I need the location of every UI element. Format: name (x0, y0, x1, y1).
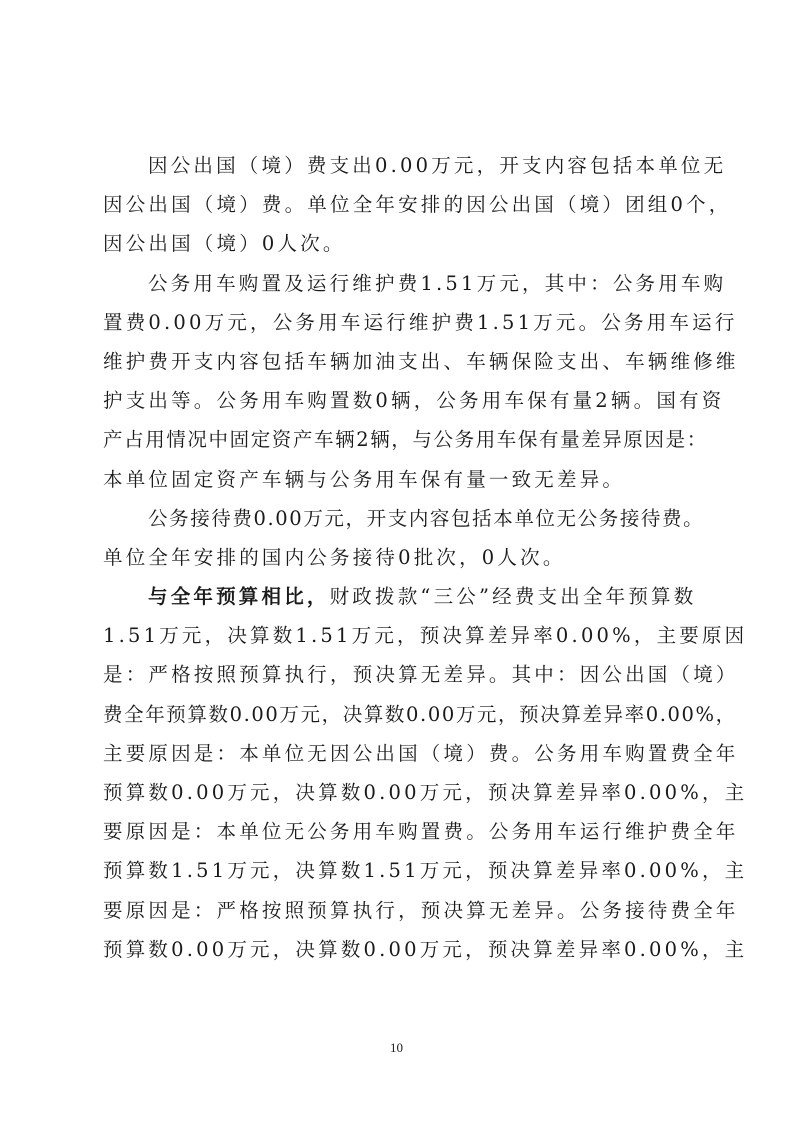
text-line: 预算数0.00万元，决算数0.00万元，预决算差异率0.00%，主 (103, 773, 693, 812)
text-line: 预算数0.00万元，决算数0.00万元，预决算差异率0.00%，主 (103, 930, 693, 969)
text-line: 单位全年安排的国内公务接待0批次，0人次。 (103, 538, 693, 577)
text-line: 因公出国（境）费。单位全年安排的因公出国（境）团组0个， (103, 185, 693, 224)
text-line: 产占用情况中固定资产车辆2辆，与公务用车保有量差异原因是： (103, 420, 693, 459)
lead-heading: 与全年预算相比， (148, 585, 330, 608)
text-line: 要原因是：本单位无公务用车购置费。公务用车运行维护费全年 (103, 812, 693, 851)
text-line: 要原因是：严格按照预算执行，预决算无差异。公务接待费全年 (103, 891, 693, 930)
text-line: 与全年预算相比，财政拨款“三公”经费支出全年预算数 (103, 577, 693, 616)
text-line: 费全年预算数0.00万元，决算数0.00万元，预决算差异率0.00%， (103, 695, 693, 734)
text-line: 护支出等。公务用车购置数0辆，公务用车保有量2辆。国有资 (103, 381, 693, 420)
lead-rest: 财政拨款“三公”经费支出全年预算数 (330, 585, 697, 608)
document-page: 因公出国（境）费支出0.00万元，开支内容包括本单位无 因公出国（境）费。单位全… (0, 0, 793, 1122)
paragraph-overseas-expense: 因公出国（境）费支出0.00万元，开支内容包括本单位无 因公出国（境）费。单位全… (103, 146, 693, 264)
text-line: 公务用车购置及运行维护费1.51万元，其中：公务用车购 (103, 264, 693, 303)
text-line: 本单位固定资产车辆与公务用车保有量一致无差异。 (103, 460, 693, 499)
text-line: 因公出国（境）费支出0.00万元，开支内容包括本单位无 (103, 146, 693, 185)
text-line: 1.51万元，决算数1.51万元，预决算差异率0.00%，主要原因 (103, 616, 693, 655)
page-number: 10 (0, 1040, 793, 1056)
text-line: 公务接待费0.00万元，开支内容包括本单位无公务接待费。 (103, 499, 693, 538)
document-body: 因公出国（境）费支出0.00万元，开支内容包括本单位无 因公出国（境）费。单位全… (103, 146, 693, 969)
text-line: 预算数1.51万元，决算数1.51万元，预决算差异率0.00%，主 (103, 851, 693, 890)
paragraph-reception-expense: 公务接待费0.00万元，开支内容包括本单位无公务接待费。 单位全年安排的国内公务… (103, 499, 693, 577)
paragraph-vehicle-expense: 公务用车购置及运行维护费1.51万元，其中：公务用车购 置费0.00万元，公务用… (103, 264, 693, 499)
text-line: 主要原因是：本单位无因公出国（境）费。公务用车购置费全年 (103, 734, 693, 773)
text-line: 是：严格按照预算执行，预决算无差异。其中：因公出国（境） (103, 655, 693, 694)
text-line: 置费0.00万元，公务用车运行维护费1.51万元。公务用车运行 (103, 303, 693, 342)
text-line: 维护费开支内容包括车辆加油支出、车辆保险支出、车辆维修维 (103, 342, 693, 381)
text-line: 因公出国（境）0人次。 (103, 224, 693, 263)
paragraph-budget-comparison: 与全年预算相比，财政拨款“三公”经费支出全年预算数 1.51万元，决算数1.51… (103, 577, 693, 969)
